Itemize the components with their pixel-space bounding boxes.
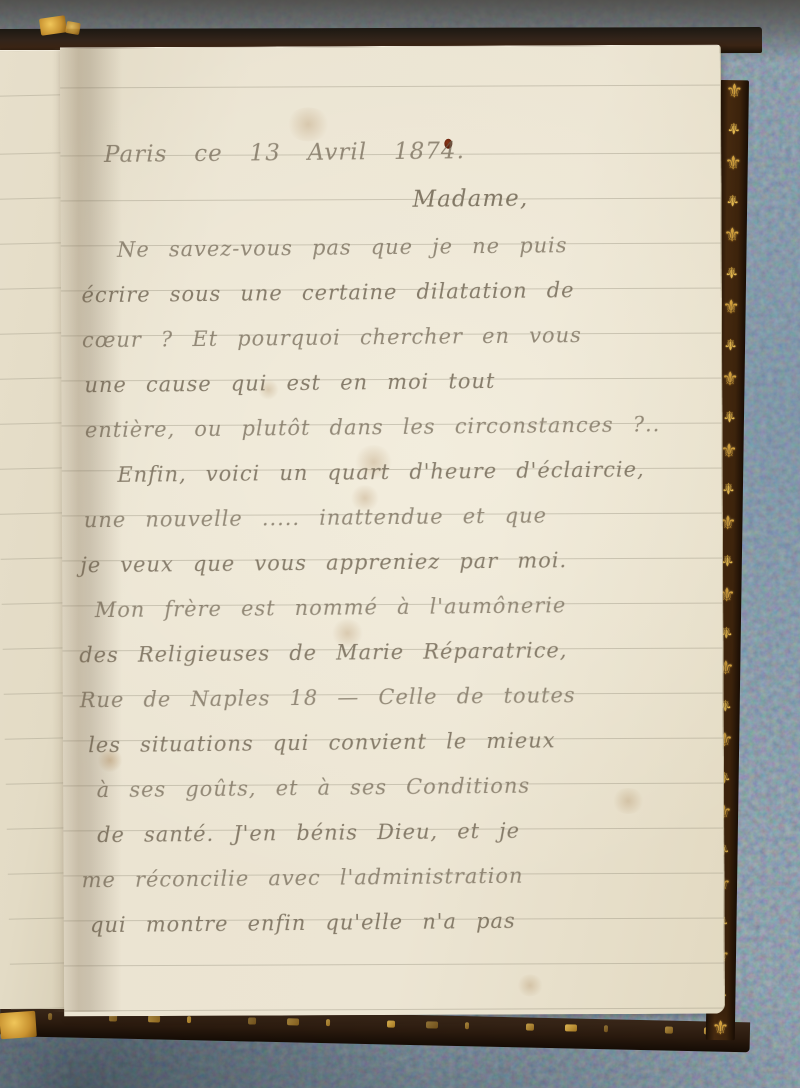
letter-page: Paris ce 13 Avril 1874. Madame, Ne savez… bbox=[60, 45, 725, 1017]
fleur-de-lis-icon: ⚜ bbox=[712, 1019, 729, 1038]
fleur-de-lis-icon: ⚜ bbox=[726, 82, 743, 101]
photograph-of-letter: ⚜⚜⚜⚜⚜⚜⚜⚜⚜⚜⚜⚜⚜⚜⚜⚜⚜⚜⚜⚜⚜⚜⚜⚜⚜⚜⚜ Paris ce 13 … bbox=[0, 0, 800, 1088]
handwriting-line: cœur ? Et pourquoi chercher en vous bbox=[76, 312, 706, 364]
fleur-de-lis-icon: ⚜ bbox=[722, 408, 736, 424]
handwriting-line: entière, ou plutôt dans les circonstance… bbox=[77, 402, 707, 454]
handwriting-line: Enfin, voici un quart d'heure d'éclairci… bbox=[77, 447, 707, 499]
fleur-de-lis-icon: ⚜ bbox=[726, 192, 740, 208]
handwriting-line: des Religieuses de Marie Réparatrice, bbox=[79, 627, 709, 679]
letter-dateline: Paris ce 13 Avril 1874. bbox=[74, 126, 704, 183]
handwriting-line: de santé. J'en bénis Dieu, et je bbox=[81, 807, 711, 859]
handwriting-line: les situations qui convient le mieux bbox=[80, 717, 710, 769]
fleur-de-lis-icon: ⚜ bbox=[724, 226, 741, 245]
gilt-fleck bbox=[187, 1016, 191, 1023]
handwritten-letter: Paris ce 13 Avril 1874. Madame, Ne savez… bbox=[74, 126, 713, 949]
handwriting-line: qui montre enfin qu'elle n'a pas bbox=[82, 897, 712, 949]
gilt-corner-top-left-small bbox=[65, 21, 81, 35]
fleur-de-lis-icon: ⚜ bbox=[725, 264, 739, 280]
letter-body: Ne savez-vous pas que je ne puisécrire s… bbox=[75, 222, 713, 949]
gilt-fleck bbox=[426, 1021, 438, 1028]
handwriting-line: écrire sous une certaine dilatation de bbox=[75, 267, 705, 319]
gilt-fleck bbox=[387, 1020, 395, 1027]
fleur-de-lis-icon: ⚜ bbox=[723, 336, 737, 352]
gilt-fleck bbox=[604, 1025, 608, 1032]
handwriting-line: je veux que vous appreniez par moi. bbox=[78, 537, 708, 589]
handwriting-line: à ses goûts, et à ses Conditions bbox=[80, 762, 710, 814]
gilt-fleck bbox=[287, 1018, 299, 1025]
fleur-de-lis-icon: ⚜ bbox=[727, 120, 741, 136]
fleur-de-lis-icon: ⚜ bbox=[721, 480, 735, 496]
gilt-fleck bbox=[48, 1013, 52, 1020]
handwriting-line: une cause qui est en moi tout bbox=[76, 357, 706, 409]
gilt-fleck bbox=[326, 1019, 330, 1026]
gilt-fleck bbox=[565, 1024, 577, 1031]
gilt-corner-top-left bbox=[39, 15, 67, 35]
handwriting-line: une nouvelle ..... inattendue et que bbox=[78, 492, 708, 544]
gilt-fleck bbox=[148, 1015, 160, 1022]
letter-salutation: Madame, bbox=[74, 176, 704, 229]
fleur-de-lis-icon: ⚜ bbox=[720, 442, 737, 461]
gilt-corner-bottom-left bbox=[0, 1011, 37, 1039]
fleur-de-lis-icon: ⚜ bbox=[725, 154, 742, 173]
gilt-fleck bbox=[465, 1022, 469, 1029]
gilt-fleck bbox=[665, 1027, 673, 1034]
fleur-de-lis-icon: ⚜ bbox=[721, 370, 738, 389]
handwriting-line: Mon frère est nommé à l'aumônerie bbox=[79, 582, 709, 634]
handwriting-line: Ne savez-vous pas que je ne puis bbox=[75, 222, 705, 274]
handwriting-line: me réconcilie avec l'administration bbox=[81, 852, 711, 904]
gilt-fleck bbox=[526, 1023, 534, 1030]
facing-blank-page bbox=[0, 50, 70, 1009]
handwriting-line: Rue de Naples 18 — Celle de toutes bbox=[79, 672, 709, 724]
fleur-de-lis-icon: ⚜ bbox=[722, 298, 739, 317]
gilt-fleck bbox=[248, 1017, 256, 1024]
